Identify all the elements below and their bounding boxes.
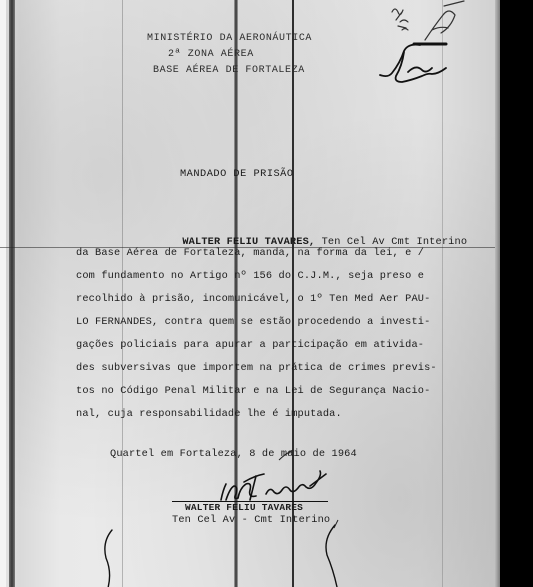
body-line-9: nal, cuja responsabilidade lhe é imputad… — [76, 408, 342, 420]
page-edge-right — [495, 0, 500, 587]
body-line-7: des subversivas que importem na prática … — [76, 362, 437, 374]
body-line-2: da Base Aérea de Fortaleza, manda, na fo… — [76, 247, 424, 259]
document-title: MANDADO DE PRISÃO — [180, 168, 294, 180]
body-line-4: recolhido à prisão, incomunicável, o 1º … — [76, 293, 430, 305]
body-line-6: gações policiais para apurar a participa… — [76, 339, 424, 351]
letterhead-zone: 2ª ZONA AÉREA — [168, 49, 254, 61]
signatory-rank: Ten Cel Av - Cmt Interino — [172, 514, 330, 526]
fold-line — [442, 0, 443, 587]
signatory-name: WALTER FELIU TAVARES — [185, 502, 303, 514]
place-date: Quartel em Fortaleza, 8 de maio de 1964 — [110, 448, 357, 460]
body-line-5: LO FERNANDES, contra quem se estão proce… — [76, 316, 430, 328]
body-line-3: com fundamento no Artigo nº 156 do C.J.M… — [76, 270, 424, 282]
document-page: MINISTÉRIO DA AERONÁUTICA 2ª ZONA AÉREA … — [0, 0, 500, 587]
page-edge-left — [0, 0, 6, 587]
body-line-8: tos no Código Penal Militar e na Lei de … — [76, 385, 430, 397]
letterhead-base: BASE AÉREA DE FORTALEZA — [153, 65, 305, 77]
letterhead-ministry: MINISTÉRIO DA AERONÁUTICA — [147, 33, 312, 45]
scan-shadow-left — [9, 0, 15, 587]
